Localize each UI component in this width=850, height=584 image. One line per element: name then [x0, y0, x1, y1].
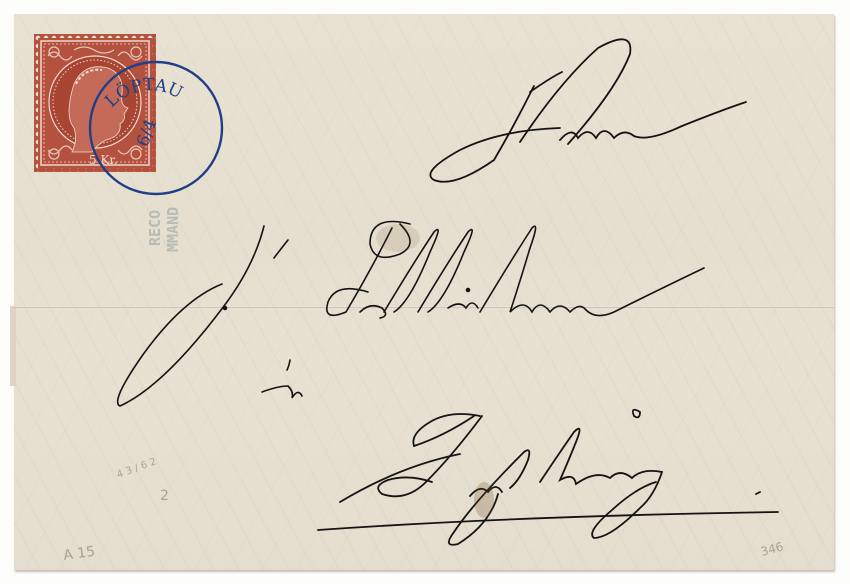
postmark-town: LÖPTAU [101, 75, 185, 111]
address-line-city [318, 410, 778, 545]
writing-layer: RECO MMAND LÖPTAU 6/4 [0, 0, 850, 584]
postmark: LÖPTAU 6/4 [90, 62, 222, 194]
pencil-note-fraction: 4 3 / 6 2 [115, 456, 158, 481]
svg-text:RECO: RECO [146, 210, 164, 246]
ink-stain [474, 482, 494, 518]
pencil-notes: 4 3 / 6 2 2 A 15 346 [62, 456, 785, 564]
pencil-note-digit: 2 [160, 488, 169, 504]
address-line-herrn [430, 39, 746, 181]
pencil-note-catalog: A 15 [62, 544, 96, 564]
ink-smudge [376, 224, 420, 252]
pencil-note-number: 346 [759, 539, 785, 558]
svg-text:MMAND: MMAND [164, 207, 182, 252]
address-line-in [262, 360, 302, 398]
faint-registration-mark: RECO MMAND [146, 207, 182, 252]
postmark-date: 6/4 [133, 117, 161, 150]
